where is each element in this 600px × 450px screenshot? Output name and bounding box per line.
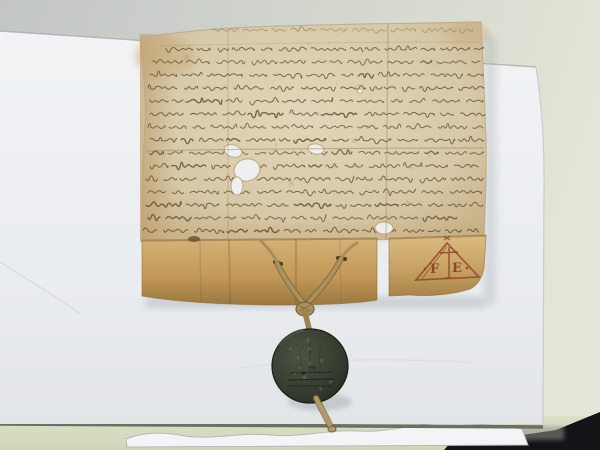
plica-left-piece xyxy=(142,238,377,305)
photo-canvas: F E xyxy=(0,0,600,450)
stamp-letter-f: F xyxy=(430,262,440,277)
cord-tail-end xyxy=(328,426,336,432)
ink-blot xyxy=(188,236,200,242)
stamp-dot-right xyxy=(466,267,469,270)
stamp-dot-left xyxy=(424,268,427,271)
stamp-letter-e: E xyxy=(452,261,462,276)
charter-photograph: F E xyxy=(0,0,600,450)
